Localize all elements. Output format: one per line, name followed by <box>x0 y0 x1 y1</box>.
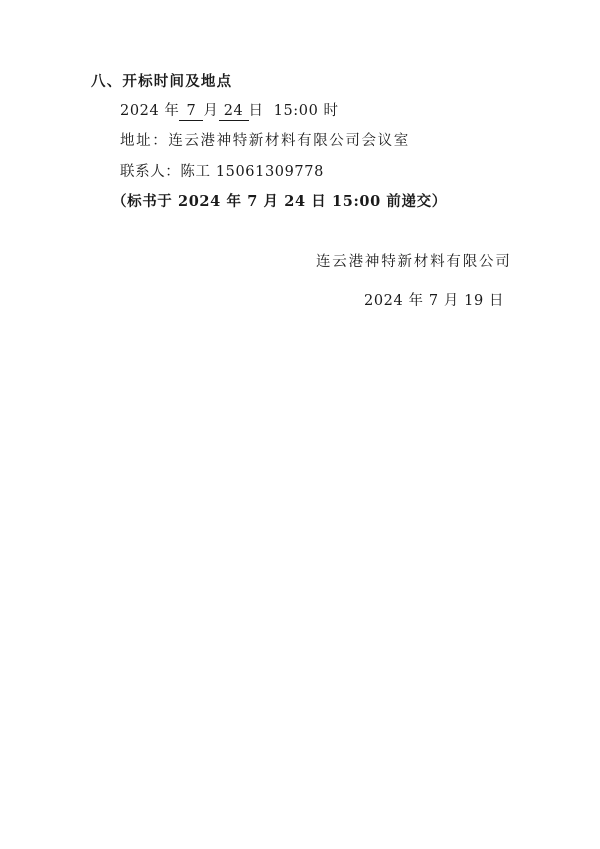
year-value: 2024 <box>120 103 159 119</box>
day-value: 24 <box>219 103 249 121</box>
address-line: 地址：连云港神特新材料有限公司会议室 <box>120 131 410 151</box>
contact-value: 陈工 15061309778 <box>180 164 324 180</box>
month-unit: 月 <box>203 103 218 119</box>
year-unit: 年 <box>164 103 179 119</box>
contact-label: 联系人： <box>120 164 180 180</box>
address-value: 连云港神特新材料有限公司会议室 <box>168 133 410 149</box>
submission-note: （标书于 2024 年 7 月 24 日 15:00 前递交） <box>112 192 447 212</box>
time-unit: 时 <box>323 103 338 119</box>
day-unit: 日 <box>249 103 264 119</box>
contact-line: 联系人：陈工 15061309778 <box>120 162 324 182</box>
address-label: 地址： <box>120 133 168 149</box>
signature-company: 连云港神特新材料有限公司 <box>316 252 512 272</box>
time-value: 15:00 <box>274 103 319 119</box>
month-value: 7 <box>179 103 203 121</box>
signature-date: 2024 年 7 月 19 日 <box>364 291 504 311</box>
section-heading: 八、开标时间及地点 <box>91 72 232 92</box>
opening-date-line: 2024年7月24日15:00时 <box>120 101 339 121</box>
